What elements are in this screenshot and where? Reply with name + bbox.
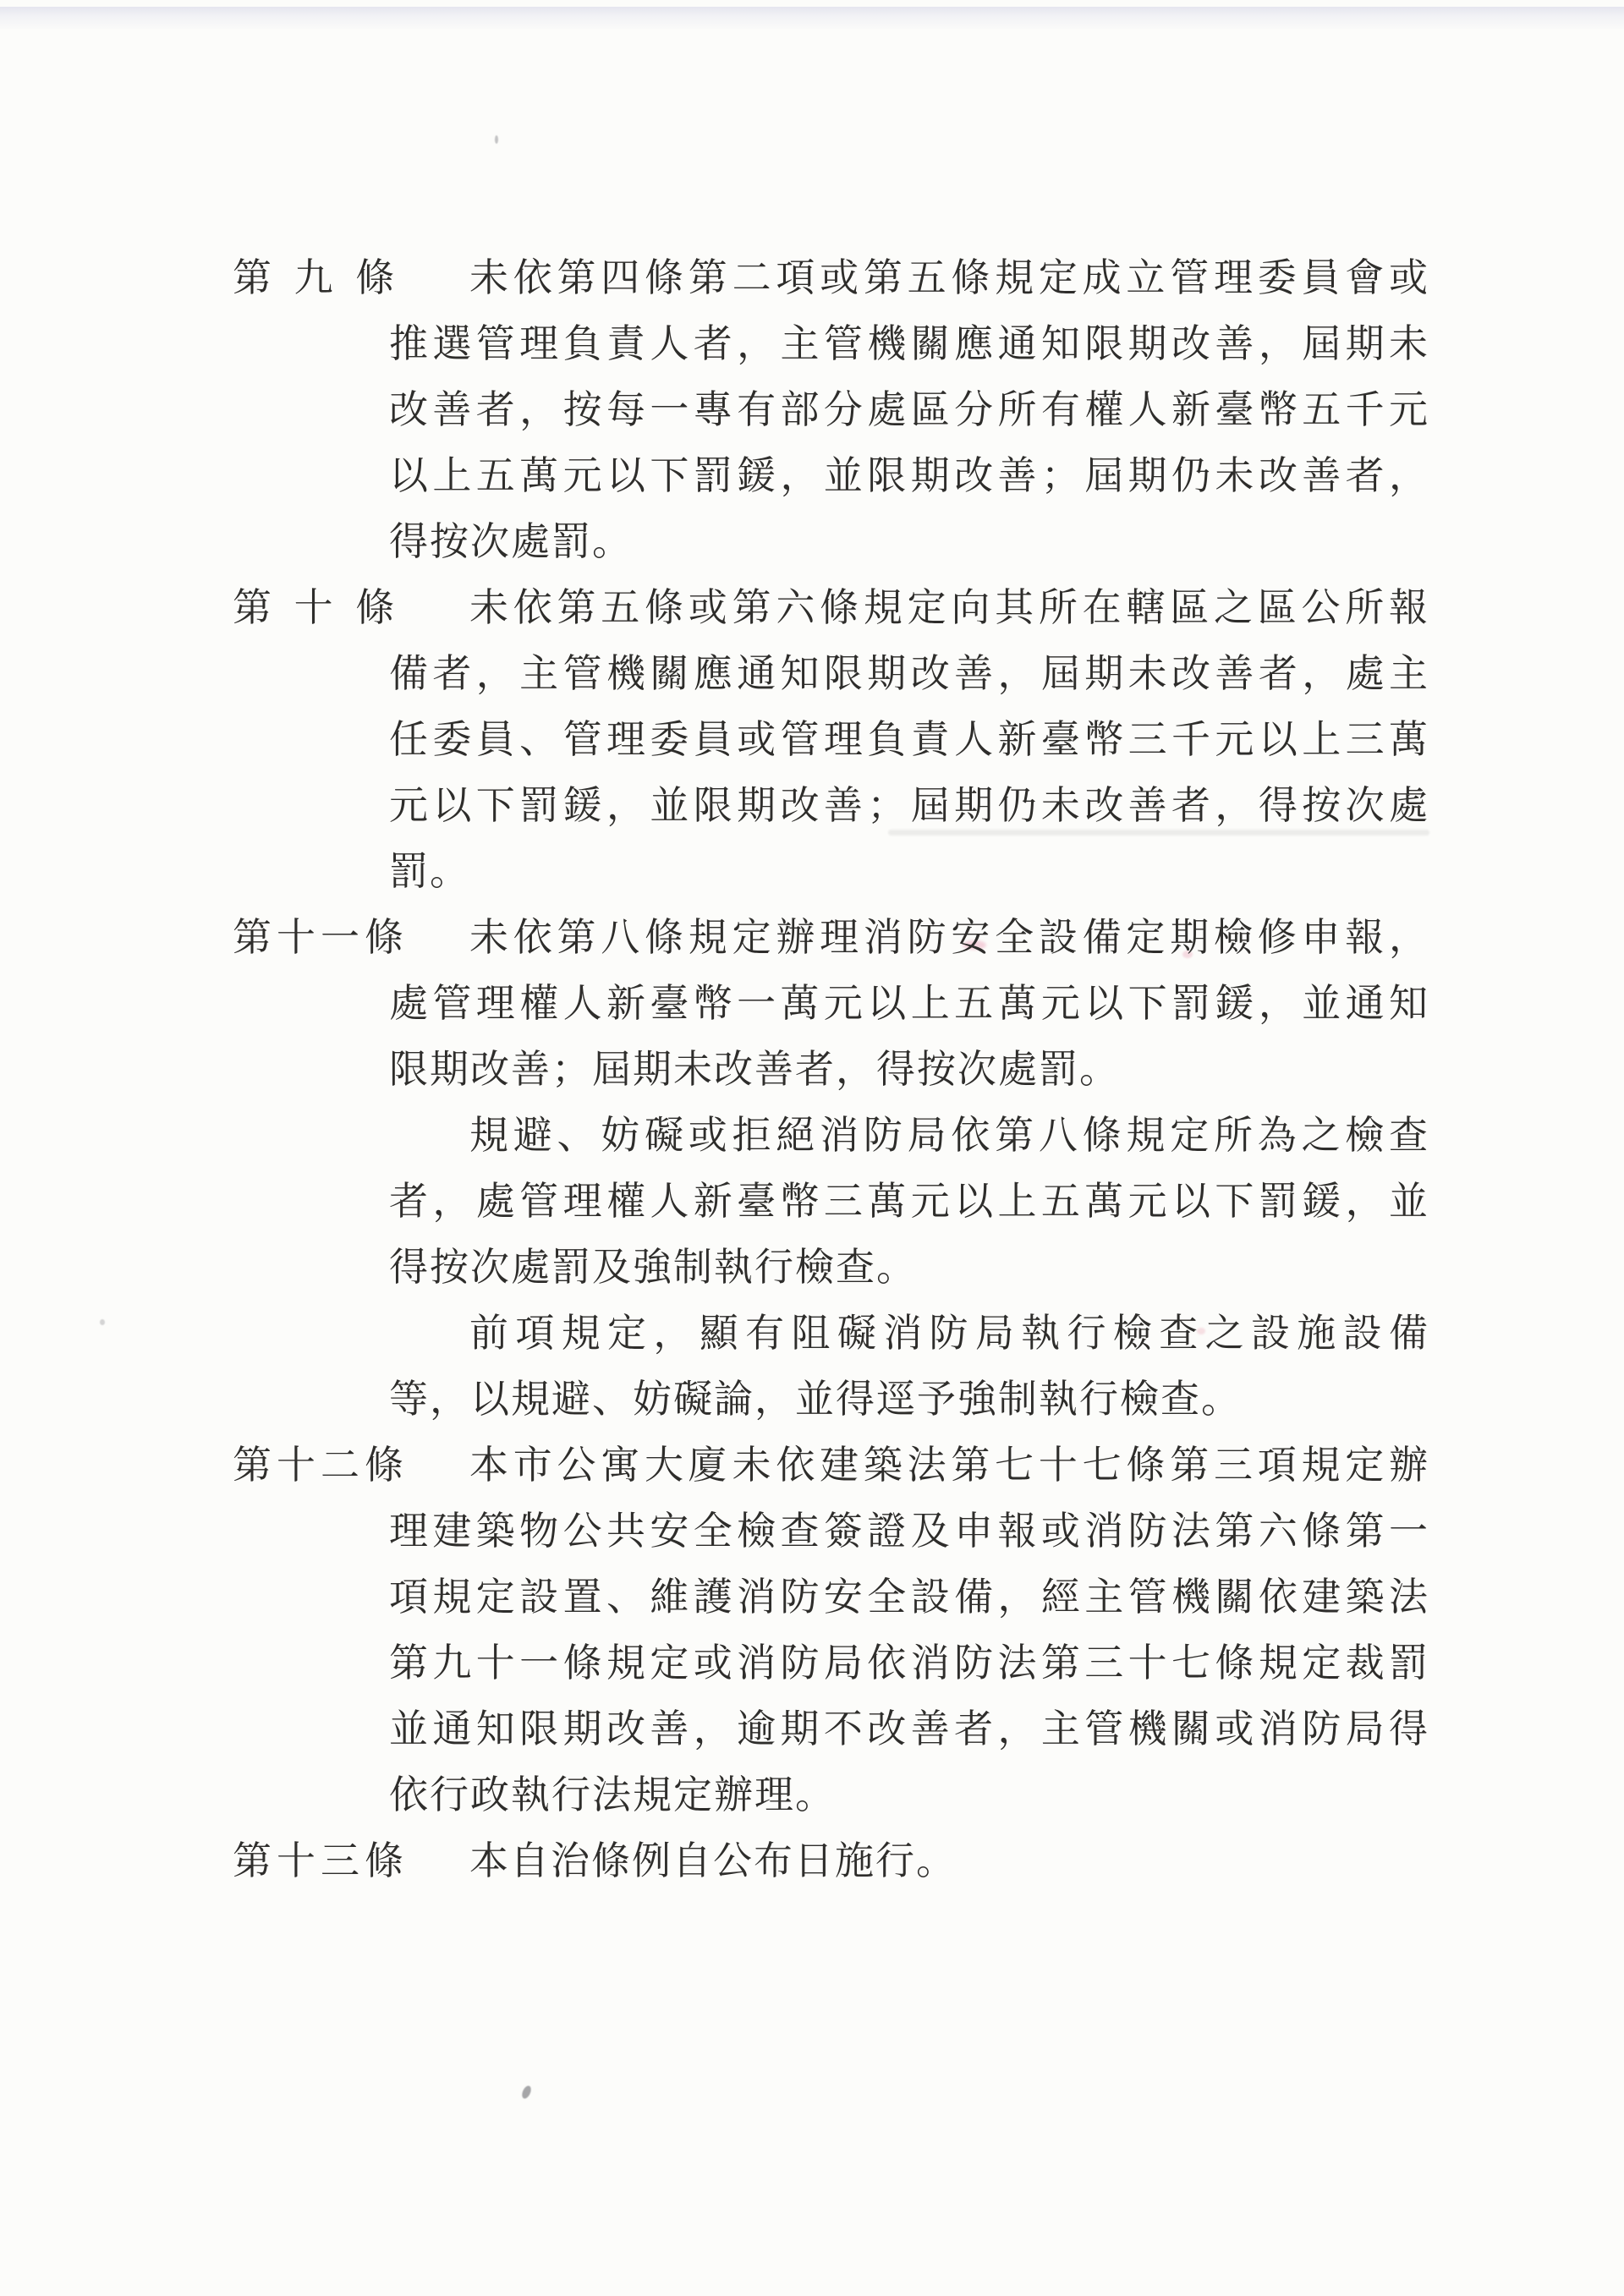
article-body: 未依第四條第二項或第五條規定成立管理委員會或推選管理負責人者，主管機關應通知限期… — [389, 244, 1429, 574]
article-number: 第十二條 — [233, 1432, 389, 1498]
article-row: 第 九 條未依第四條第二項或第五條規定成立管理委員會或推選管理負責人者，主管機關… — [233, 244, 1429, 574]
article-row: 第十三條本自治條例自公布日施行。 — [233, 1827, 1429, 1893]
article-text-line: 依行政執行法規定辦理。 — [389, 1762, 1429, 1827]
article-body: 未依第八條規定辦理消防安全設備定期檢修申報，處管理權人新臺幣一萬元以上五萬元以下… — [389, 904, 1429, 1432]
article-text-line: 規避、妨礙或拒絕消防局依第八條規定所為之檢查 — [389, 1102, 1429, 1168]
article-row: 第 十 條未依第五條或第六條規定向其所在轄區之區公所報備者，主管機關應通知限期改… — [233, 574, 1429, 904]
scan-speckle — [495, 135, 498, 144]
article-body: 本市公寓大廈未依建築法第七十七條第三項規定辦理建築物公共安全檢查簽證及申報或消防… — [389, 1432, 1429, 1827]
article-text-line: 推選管理負責人者，主管機關應通知限期改善，屆期未 — [389, 310, 1429, 376]
article-text-line: 並通知限期改善，逾期不改善者，主管機關或消防局得 — [389, 1696, 1429, 1762]
article-text-line: 本自治條例自公布日施行。 — [389, 1827, 1429, 1893]
article-number: 第十一條 — [233, 904, 389, 970]
article-text-line: 未依第五條或第六條規定向其所在轄區之區公所報 — [389, 574, 1429, 640]
article-text-line: 改善者，按每一專有部分處區分所有權人新臺幣五千元 — [389, 376, 1429, 442]
article-text-line: 者，處管理權人新臺幣三萬元以上五萬元以下罰鍰，並 — [389, 1168, 1429, 1234]
article-row: 第十一條未依第八條規定辦理消防安全設備定期檢修申報，處管理權人新臺幣一萬元以上五… — [233, 904, 1429, 1432]
article-text-line: 任委員、管理委員或管理負責人新臺幣三千元以上三萬 — [389, 706, 1429, 772]
article-number: 第十三條 — [233, 1827, 389, 1893]
article-text-line: 前項規定，顯有阻礙消防局執行檢查之設施設備 — [389, 1300, 1429, 1366]
article-text-line: 未依第八條規定辦理消防安全設備定期檢修申報， — [389, 904, 1429, 970]
article-text-line: 元以下罰鍰，並限期改善；屆期仍未改善者，得按次處 — [389, 772, 1429, 838]
article-text-line: 理建築物公共安全檢查簽證及申報或消防法第六條第一 — [389, 1498, 1429, 1564]
article-text-line: 罰。 — [389, 838, 1429, 904]
article-text-line: 未依第四條第二項或第五條規定成立管理委員會或 — [389, 244, 1429, 310]
article-text-line: 限期改善；屆期未改善者，得按次處罰。 — [389, 1036, 1429, 1102]
ordinance-articles: 第 九 條未依第四條第二項或第五條規定成立管理委員會或推選管理負責人者，主管機關… — [233, 244, 1429, 1893]
scan-speckle — [100, 1319, 105, 1325]
scan-edge-band — [0, 7, 1624, 29]
article-text-line: 以上五萬元以下罰鍰，並限期改善；屆期仍未改善者， — [389, 442, 1429, 508]
scanned-ordinance-page: 第 九 條未依第四條第二項或第五條規定成立管理委員會或推選管理負責人者，主管機關… — [0, 0, 1624, 2296]
article-text-line: 得按次處罰。 — [389, 508, 1429, 574]
article-number: 第 九 條 — [233, 244, 389, 310]
article-text-line: 本市公寓大廈未依建築法第七十七條第三項規定辦 — [389, 1432, 1429, 1498]
article-row: 第十二條本市公寓大廈未依建築法第七十七條第三項規定辦理建築物公共安全檢查簽證及申… — [233, 1432, 1429, 1827]
article-text-line: 項規定設置、維護消防安全設備，經主管機關依建築法 — [389, 1564, 1429, 1630]
article-body: 本自治條例自公布日施行。 — [389, 1827, 1429, 1893]
scan-speckle — [520, 2085, 533, 2100]
article-text-line: 得按次處罰及強制執行檢查。 — [389, 1234, 1429, 1300]
article-body: 未依第五條或第六條規定向其所在轄區之區公所報備者，主管機關應通知限期改善，屆期未… — [389, 574, 1429, 904]
article-number: 第 十 條 — [233, 574, 389, 640]
article-text-line: 備者，主管機關應通知限期改善，屆期未改善者，處主 — [389, 640, 1429, 706]
article-text-line: 等，以規避、妨礙論，並得逕予強制執行檢查。 — [389, 1366, 1429, 1432]
article-text-line: 第九十一條規定或消防局依消防法第三十七條規定裁罰 — [389, 1630, 1429, 1696]
article-text-line: 處管理權人新臺幣一萬元以上五萬元以下罰鍰，並通知 — [389, 970, 1429, 1036]
